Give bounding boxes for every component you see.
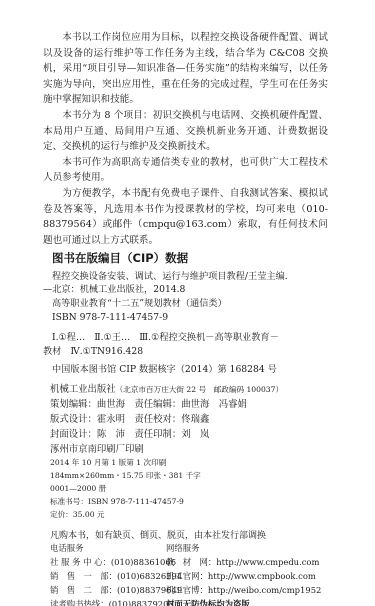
- intro-paragraph: 为方便教学，本书配有免费电子课件、自我测试答案、模拟试卷及答案等，凡选用本书作为…: [43, 186, 328, 248]
- copyright-page: 本书以工作岗位应用为目标，以程控交换设备硬件配置、调试以及设备的运行维护等工作任…: [0, 0, 375, 606]
- cip-line: —北京：机械工业出版社，2014.8: [43, 283, 185, 296]
- edition: 2014 年 10 月第 1 版第 1 次印刷: [50, 457, 166, 468]
- print-run: 0001—2000 册: [50, 483, 106, 494]
- phone-service-header: 电话服务: [50, 542, 84, 554]
- web-line: 机工官网：http://www.cmpbook.com: [166, 570, 316, 582]
- printer: 涿州市京南印刷厂印刷: [50, 441, 144, 455]
- isbn: 标准书号：ISBN 978-7-111-47457-9: [50, 496, 184, 507]
- web-line: 机工官博：http://weibo.com/cmp1952: [166, 584, 321, 596]
- cip-verification: 中国版本图书馆 CIP 数据核字（2014）第 168284 号: [52, 363, 277, 376]
- cip-line: 教材 Ⅳ.①TN916.428: [43, 345, 143, 358]
- cip-title: 图书在版编目（CIP）数据: [52, 250, 188, 266]
- web-service-header: 网络服务: [166, 542, 200, 554]
- book-introduction: 本书以工作岗位应用为目标，以程控交换设备硬件配置、调试以及设备的运行维护等工作任…: [43, 30, 328, 248]
- format: 184mm×260mm・15.75 印张・381 千字: [50, 470, 201, 481]
- replacement-notice: 凡购本书，如有缺页、倒页、脱页，由本社发行部调换: [50, 528, 266, 541]
- phone-line: 销 售 二 部：(010)88379649: [50, 584, 182, 596]
- credit-line: 策划编辑：曲世海 责任编辑：曲世海 冯睿娟: [50, 396, 247, 410]
- cip-line: ISBN 978-7-111-47457-9: [52, 311, 168, 324]
- publisher-name: 机械工业出版社: [50, 384, 116, 395]
- credit-line: 版式设计：霍永明 责任校对：佟瑞鑫: [50, 411, 209, 425]
- credit-line: 封面设计：陈 沛 责任印制：刘 岚: [50, 426, 209, 440]
- cip-line: 高等职业教育“十二五”规划教材（通信类）: [52, 297, 227, 310]
- intro-paragraph: 本书可作为高职高专通信类专业的教材，也可供广大工程技术人员参考使用。: [43, 155, 328, 186]
- anti-piracy-notice: 封面无防伪标均为盗版: [166, 598, 250, 606]
- phone-line: 销 售 一 部：(010)68326294: [50, 570, 182, 582]
- price: 定价：35.00 元: [50, 509, 105, 520]
- intro-paragraph: 本书分为 8 个项目：初识交换机与电话网、交换机硬件配置、本局用户互通、局间用户…: [43, 108, 328, 155]
- publisher-info: 机械工业出版社（北京市百万庄大街 22 号 邮政编码 100037）: [50, 381, 283, 395]
- intro-paragraph: 本书以工作岗位应用为目标，以程控交换设备硬件配置、调试以及设备的运行维护等工作任…: [43, 30, 328, 108]
- phone-line: 社 服 务 中 心：(010)88361066: [50, 556, 176, 568]
- publisher-address: （北京市百万庄大街 22 号 邮政编码 100037）: [116, 385, 283, 394]
- cip-line: 程控交换设备安装、调试、运行与维护项目教程/王莹主编.: [52, 270, 288, 283]
- phone-line: 读者购书热线：(010)88379203: [50, 598, 174, 606]
- cip-line: Ⅰ.①程… Ⅱ.①王… Ⅲ.①程控交换机－高等职业教育－: [52, 331, 279, 344]
- web-line: 教 材 网：http://www.cmpedu.com: [166, 556, 319, 568]
